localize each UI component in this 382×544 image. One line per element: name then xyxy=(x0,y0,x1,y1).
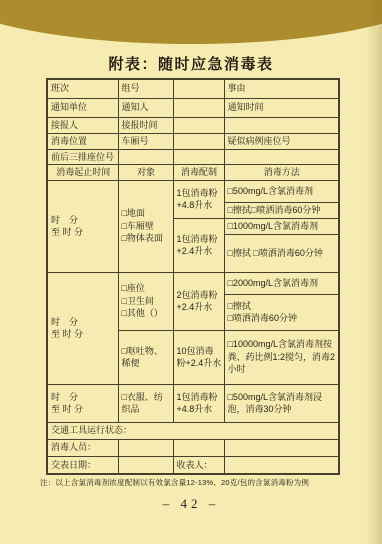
transport-status-label-cell: 交通工具运行状态： xyxy=(47,422,339,439)
footnote: 注：以上含氯消毒剂浓度配制以有效氯含量12-13%、20克/包的含氯消毒粉为例 xyxy=(40,477,375,488)
section-c-row: 时 分 至 时 分 □衣服、纺织品 1包消毒粉+4.8升水 □500mg/L含氯… xyxy=(47,384,339,422)
submit-date-label-cell: 交表日期： xyxy=(47,456,118,474)
checkbox-item-object-surface: □物体表面 xyxy=(122,232,171,245)
blank-fill-cell xyxy=(118,439,173,456)
section-b-time-cell: 时 分 至 时 分 xyxy=(47,272,118,384)
section-a-method3-cell: □1000mg/L含氯消毒剂 xyxy=(224,218,339,234)
carriage-number-label-cell: 车厢号 xyxy=(118,133,173,149)
blank-fill-cell xyxy=(173,149,224,165)
checkbox-item-floor: □地面 xyxy=(122,207,171,220)
shift-label-cell: 班次 xyxy=(47,79,118,98)
table-row: 消毒位置 车厢号 疑似病例座位号 xyxy=(47,133,339,149)
table-row: 通知单位 通知人 通知时间 xyxy=(47,98,339,117)
header-prep-cell: 消毒配制 xyxy=(173,165,224,181)
section-a-prep2-cell: 1包消毒粉+2.4升水 xyxy=(173,218,224,272)
suspected-case-seat-label-cell: 疑似病例座位号 xyxy=(224,133,339,149)
section-a-prep1-cell: 1包消毒粉+4.8升水 xyxy=(173,180,224,218)
section-a-time-cell: 时 分 至 时 分 xyxy=(47,180,118,272)
group-number-label-cell: 组号 xyxy=(118,79,173,98)
reason-label-cell: 事由 xyxy=(224,79,339,98)
checkbox-item-toilet: □卫生间 xyxy=(122,295,171,308)
footer-row: 交通工具运行状态： xyxy=(47,422,339,439)
section-b-prep2-cell: 10包消毒粉+2.4升水 xyxy=(173,330,224,384)
blank-fill-cell xyxy=(118,149,173,165)
blank-fill-cell xyxy=(224,439,339,456)
section-b-method1-cell: □2000mg/L含氯消毒剂 xyxy=(224,272,339,294)
disinfect-location-label-cell: 消毒位置 xyxy=(47,133,118,149)
section-a-method2-cell: □擦拭□喷洒消毒60分钟 xyxy=(224,202,339,218)
page-title: 附表：随时应急消毒表 xyxy=(0,53,382,74)
method-line: □喷洒消毒60分钟 xyxy=(228,312,337,325)
report-time-label-cell: 接报时间 xyxy=(118,117,173,133)
footer-row: 交表日期： 收表人： xyxy=(47,456,339,474)
header-time-cell: 消毒起止时间 xyxy=(47,165,118,181)
time-line: 至 时 分 xyxy=(51,403,116,416)
time-line: 至 时 分 xyxy=(51,328,116,341)
time-line: 时 分 xyxy=(51,391,116,404)
blank-fill-cell xyxy=(173,79,224,98)
emergency-disinfection-form-table: 班次 组号 事由 通知单位 通知人 通知时间 接报人 接报时间 消毒位置 车厢号 xyxy=(46,78,340,475)
personnel-label-cell: 消毒人员： xyxy=(47,439,118,456)
page-number: – 42 – xyxy=(0,496,382,512)
blank-fill-cell xyxy=(173,133,224,149)
header-method-cell: 消毒方法 xyxy=(224,165,339,181)
section-a-row: 时 分 至 时 分 □地面 □车厢壁 □物体表面 1包消毒粉+4.8升水 □50… xyxy=(47,180,339,202)
section-a-targets-cell: □地面 □车厢壁 □物体表面 xyxy=(118,180,173,272)
section-c-method-cell: □500mg/L含氯消毒剂浸泡，消毒30分钟 xyxy=(224,384,339,422)
time-line: 至 时 分 xyxy=(51,226,116,239)
section-c-time-cell: 时 分 至 时 分 xyxy=(47,384,118,422)
table-row: 班次 组号 事由 xyxy=(47,79,339,98)
front-back-rows-seat-label-cell: 前后三排座位号 xyxy=(47,149,118,165)
checkbox-item-carriage-wall: □车厢壁 xyxy=(122,220,171,233)
notify-time-label-cell: 通知时间 xyxy=(224,98,339,117)
section-b-targets-cell: □座位 □卫生间 □其他（） xyxy=(118,272,173,330)
table-row: 接报人 接报时间 xyxy=(47,117,339,133)
section-c-prep-cell: 1包消毒粉+4.8升水 xyxy=(173,384,224,422)
notify-unit-label-cell: 通知单位 xyxy=(47,98,118,117)
column-header-row: 消毒起止时间 对象 消毒配制 消毒方法 xyxy=(47,165,339,181)
header-target-cell: 对象 xyxy=(118,165,173,181)
section-a-method1-cell: □500mg/L含氯消毒剂 xyxy=(224,180,339,202)
section-b-method3-cell: □10000mg/L含氯消毒剂按粪、药比例1:2搅匀，消毒2小时 xyxy=(224,330,339,384)
footer-row: 消毒人员： xyxy=(47,439,339,456)
blank-fill-cell xyxy=(173,117,224,133)
page-curl-shadow xyxy=(366,0,382,544)
blank-fill-cell xyxy=(173,439,224,456)
section-b-prep1-cell: 2包消毒粉+2.4升水 xyxy=(173,272,224,330)
method-line: □擦拭 xyxy=(228,300,337,313)
blank-fill-cell xyxy=(173,98,224,117)
time-line: 时 分 xyxy=(51,214,116,227)
blank-fill-cell xyxy=(224,456,339,474)
section-b-row: 时 分 至 时 分 □座位 □卫生间 □其他（） 2包消毒粉+2.4升水 □20… xyxy=(47,272,339,294)
table-row: 前后三排座位号 xyxy=(47,149,339,165)
blank-fill-cell xyxy=(118,456,173,474)
section-c-target-cell: □衣服、纺织品 xyxy=(118,384,173,422)
blank-fill-cell xyxy=(224,117,339,133)
blank-fill-cell xyxy=(224,149,339,165)
section-a-method4-cell: □擦拭 □喷洒消毒60分钟 xyxy=(224,234,339,272)
time-line: 时 分 xyxy=(51,316,116,329)
checkbox-item-seat: □座位 xyxy=(122,282,171,295)
receiver-label-cell: 收表人： xyxy=(173,456,224,474)
checkbox-item-other: □其他（） xyxy=(122,307,171,320)
section-b-target2-cell: □呕吐物、稀便 xyxy=(118,330,173,384)
scanned-book-page: 附表：随时应急消毒表 班次 组号 事由 通知单位 通知人 通知时间 接报人 接报… xyxy=(0,0,382,544)
section-b-method2-cell: □擦拭 □喷洒消毒60分钟 xyxy=(224,294,339,330)
notifier-label-cell: 通知人 xyxy=(118,98,173,117)
report-receiver-label-cell: 接报人 xyxy=(47,117,118,133)
book-cover-top xyxy=(0,0,382,44)
